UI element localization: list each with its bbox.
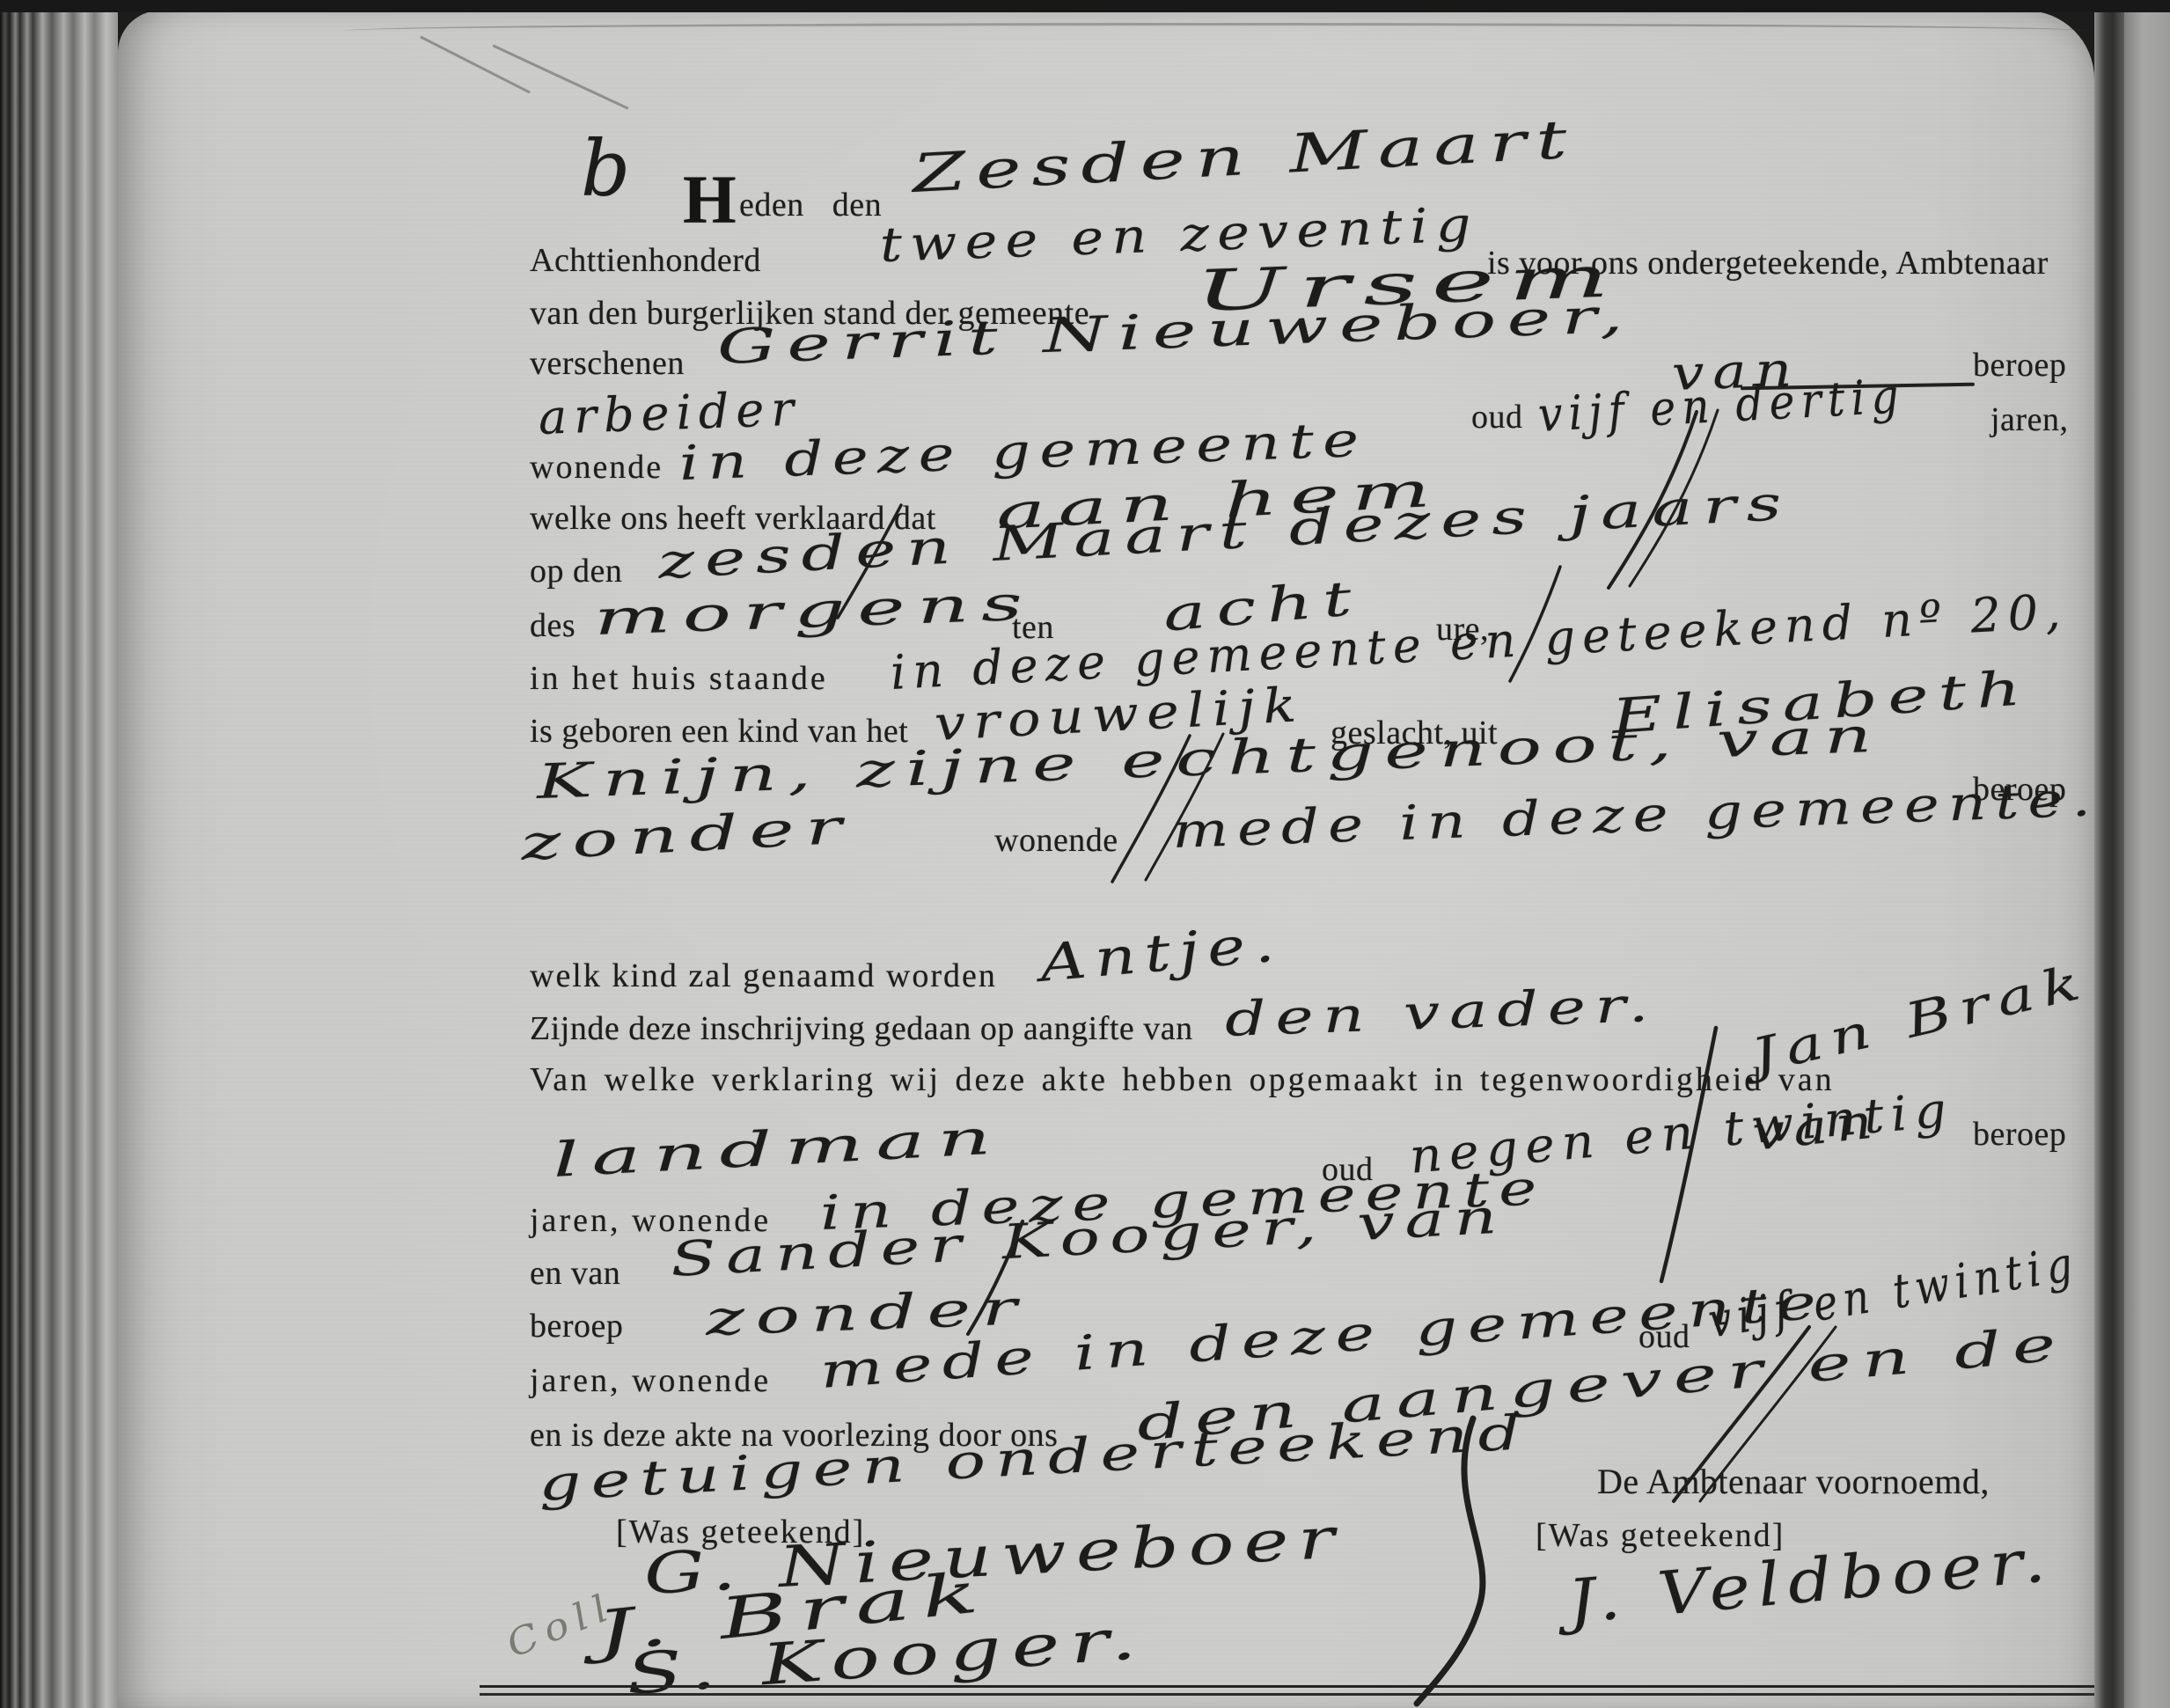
witness2-occupation-label: beroep [530, 1309, 623, 1343]
declarant-years-label: jaren, [1990, 403, 2068, 436]
year-label: Achttienhonderd [530, 244, 761, 277]
child-name-label: welk kind zal genaamd worden [530, 959, 997, 993]
declarant-residence-label: wonende [530, 451, 663, 484]
witness-clause: Van welke verklaring wij deze akte hebbe… [530, 1063, 1835, 1096]
appeared-label: verschenen [530, 347, 685, 380]
birth-record-scan: b H eden den Zesden Maart Achttienhonder… [0, 0, 2170, 1708]
heden-initial: H [683, 165, 737, 234]
margin-act-mark: b [581, 130, 637, 208]
was-signed-right-label: [Was geteekend] [1536, 1519, 1785, 1552]
witness2-residence-label: jaren, wonende [530, 1364, 771, 1397]
witness2-and-label: en van [530, 1257, 620, 1290]
heden-label: eden den [739, 188, 882, 222]
book-binding-edge [0, 0, 118, 1708]
des-label: des [530, 609, 575, 642]
mother-residence-label: wonende [994, 824, 1118, 857]
house-label: in het huis staande [530, 662, 828, 695]
witness1-occupation-label: beroep [1973, 1118, 2066, 1151]
declarant-age-label: oud [1471, 400, 1523, 434]
birthdate-label: op den [530, 554, 622, 588]
scan-top-edge [0, 0, 2170, 12]
informant-entry: den vader. [1224, 981, 1659, 1044]
declarant-occupation-label: beroep [1973, 348, 2066, 382]
next-page-sliver [2124, 0, 2170, 1708]
officer-title-label: De Ambtenaar voornoemd, [1597, 1464, 1990, 1499]
notice-label: Zijnde deze inschrijving gedaan op aangi… [530, 1012, 1193, 1045]
page-gutter [2094, 0, 2124, 1708]
bottom-double-rule [480, 1685, 2094, 1696]
